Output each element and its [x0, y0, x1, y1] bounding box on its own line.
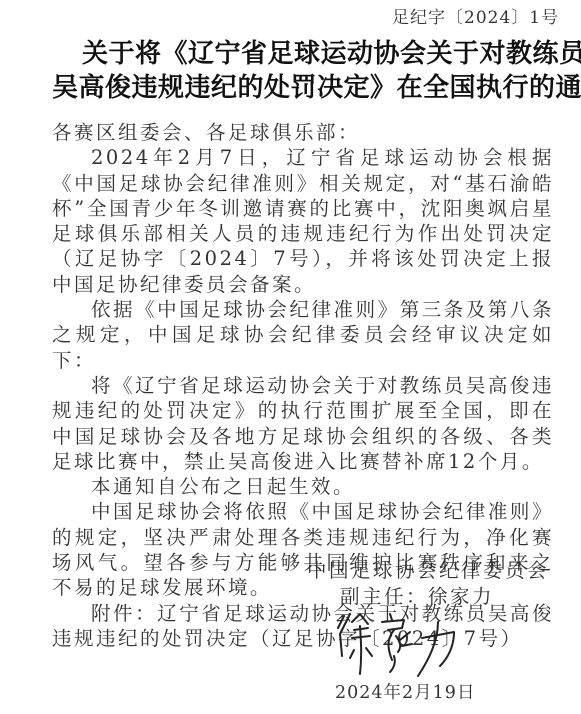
paragraph-decision: 将《辽宁省足球运动协会关于对教练员吴高俊违规违纪的处罚决定》的执行范围扩展至全国… — [52, 373, 554, 474]
paragraph-background: 2024年2月7日，辽宁省足球运动协会根据《中国足球协会纪律准则》相关规定，对“… — [52, 145, 554, 297]
title-line-1: 关于将《辽宁省足球运动协会关于对教练员 — [82, 33, 581, 70]
paragraph-effective: 本通知自公布之日起生效。 — [52, 474, 554, 499]
title-line-2: 吴高俊违规违纪的处罚决定》在全国执行的通知 — [52, 67, 581, 104]
issuing-organization: 中国足球协会纪律委员会 — [307, 555, 549, 583]
document-number: 足纪字〔2024〕1号 — [392, 3, 559, 28]
paragraph-basis: 依据《中国足球协会纪律准则》第三条及第八条之规定，中国足球协会纪律委员会经审议决… — [52, 297, 554, 373]
salutation: 各赛区组委会、各足球俱乐部： — [52, 120, 554, 145]
signer-title: 副主任：徐家力 — [340, 581, 494, 609]
issue-date: 2024年2月19日 — [335, 679, 475, 704]
handwritten-signature-icon — [330, 606, 470, 678]
